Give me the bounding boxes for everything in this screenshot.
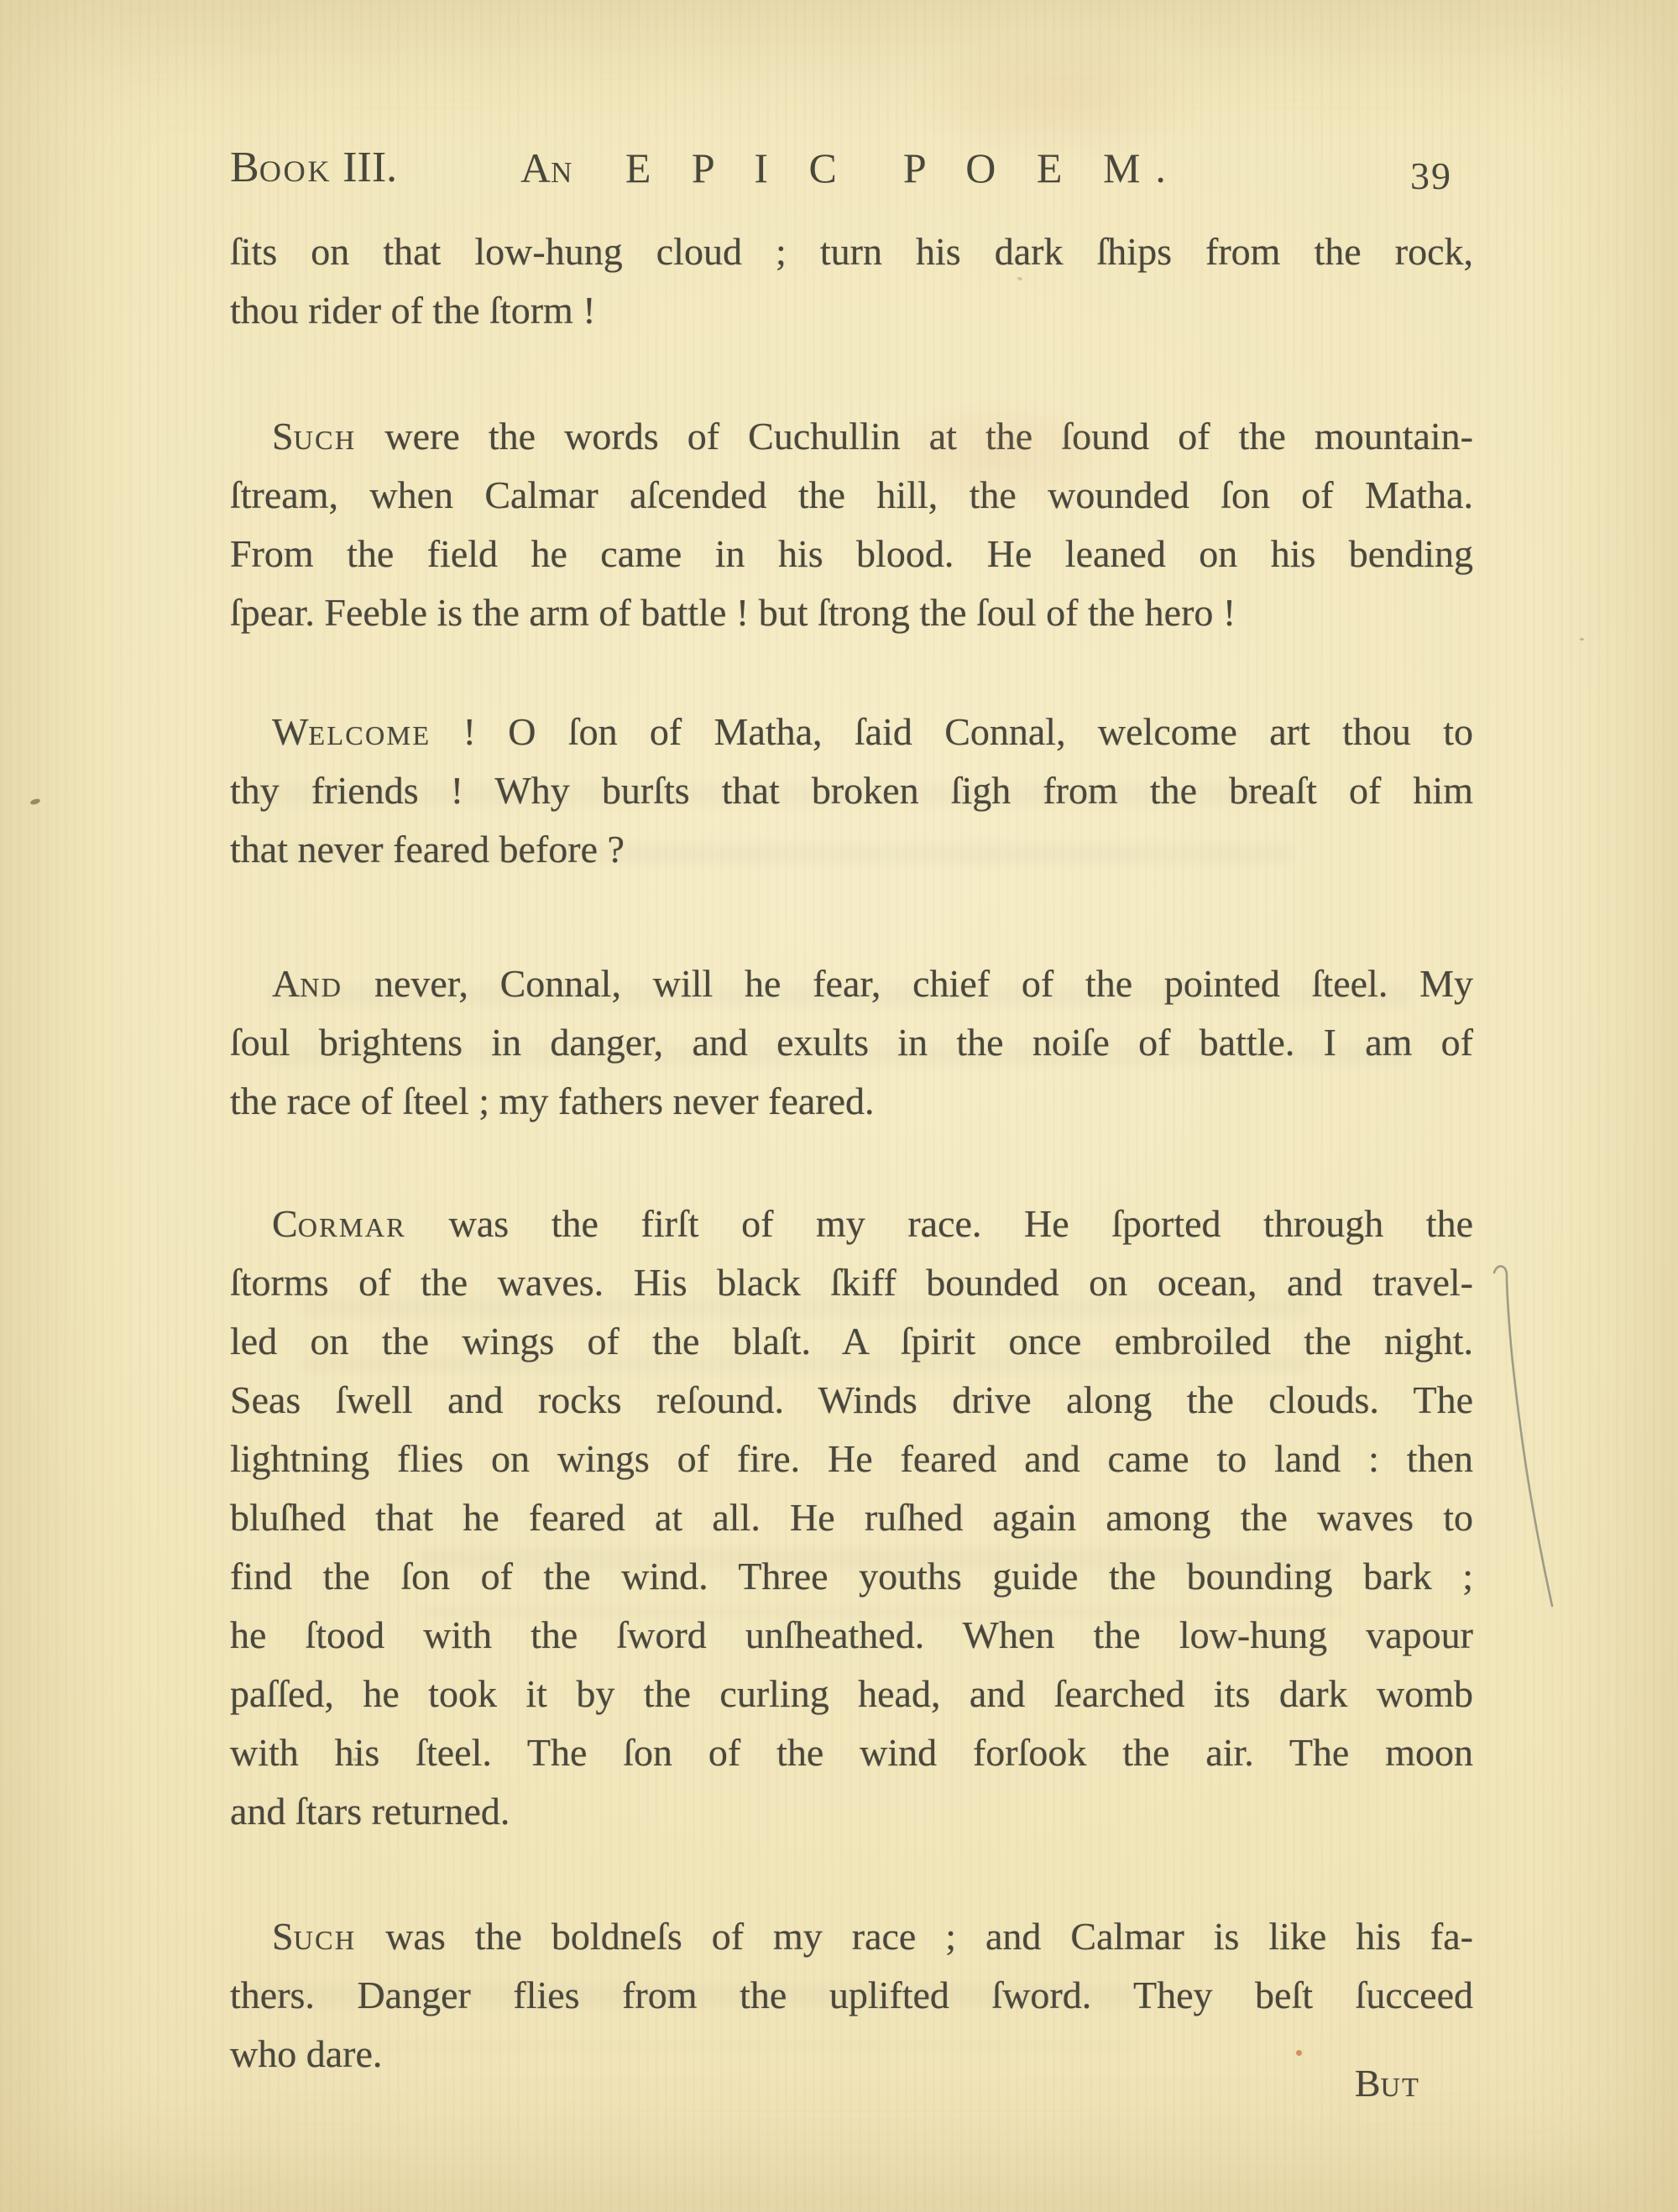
text-line: From the field he came in his blood. He … — [230, 525, 1473, 583]
text-line: Seas ſwell and rocks reſound. Winds driv… — [230, 1371, 1473, 1430]
paper-fleck — [1580, 638, 1584, 641]
scanned-book-page: { "colors":{ "paper_light":"#f6edc8", "p… — [0, 0, 1678, 2212]
text-line: And never, Connal, will he fear, chief o… — [230, 954, 1473, 1013]
paragraph: Welcome ! O ſon of Matha, ſaid Connal, w… — [230, 703, 1473, 879]
text-line: lightning flies on wings of fire. He fea… — [230, 1430, 1473, 1488]
text-line: ſpear. Feeble is the arm of battle ! but… — [230, 583, 1473, 642]
text-line: find the ſon of the wind. Three youths g… — [230, 1547, 1473, 1606]
text-line: thers. Danger flies from the uplifted ſw… — [230, 1966, 1473, 2025]
text-line: and ſtars returned. — [230, 1782, 1473, 1841]
book-number-label: Book III. — [230, 141, 397, 198]
text-line: led on the wings of the blaſt. A ſpirit … — [230, 1312, 1473, 1371]
paragraph: ſits on that low-hung cloud ; turn his d… — [230, 222, 1473, 340]
page-title: An E P I C P O E M. — [520, 141, 1181, 200]
text-line: he ſtood with the ſword unſheathed. When… — [230, 1606, 1473, 1665]
paragraph: Such were the words of Cuchullin at the … — [230, 407, 1473, 642]
text-line: paſſed, he took it by the curling head, … — [230, 1665, 1473, 1723]
text-line: Cormar was the firſt of my race. He ſpor… — [230, 1195, 1473, 1253]
paragraph: And never, Connal, will he fear, chief o… — [230, 954, 1473, 1131]
text-line: Such were the words of Cuchullin at the … — [230, 407, 1473, 466]
text-line: thy friends ! Why burſts that broken ſig… — [230, 761, 1473, 820]
text-line: bluſhed that he feared at all. He ruſhed… — [230, 1488, 1473, 1547]
text-line: that never feared before ? — [230, 820, 1473, 879]
text-line: the race of ſteel ; my fathers never fea… — [230, 1072, 1473, 1131]
text-line: ſits on that low-hung cloud ; turn his d… — [230, 222, 1473, 281]
text-line: Welcome ! O ſon of Matha, ſaid Connal, w… — [230, 703, 1473, 761]
catchword: But — [1175, 2058, 1420, 2112]
text-line: Such was the boldneſs of my race ; and C… — [230, 1907, 1473, 1966]
page-number: 39 — [1410, 151, 1452, 201]
paragraph: Such was the boldneſs of my race ; and C… — [230, 1907, 1473, 2084]
text-line: ſoul brightens in danger, and exults in … — [230, 1013, 1473, 1072]
paragraph: Cormar was the firſt of my race. He ſpor… — [230, 1195, 1473, 1841]
body-text: ſits on that low-hung cloud ; turn his d… — [230, 222, 1473, 2084]
page-header: Book III. An E P I C P O E M. 39 — [0, 141, 1678, 201]
text-line: ſtream, when Calmar aſcended the hill, t… — [230, 466, 1473, 525]
text-line: with his ſteel. The ſon of the wind forſ… — [230, 1723, 1473, 1782]
text-line: ſtorms of the waves. His black ſkiff bou… — [230, 1253, 1473, 1312]
text-line: thou rider of the ſtorm ! — [230, 281, 1473, 340]
paper-fleck — [29, 797, 40, 805]
